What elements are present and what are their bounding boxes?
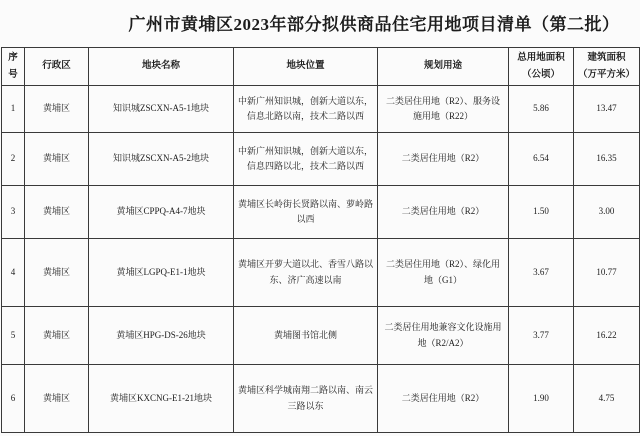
cell-plot-name: 黄埔区CPPQ-A4-7地块 bbox=[89, 186, 234, 239]
cell-seq: 1 bbox=[2, 86, 25, 133]
cell-location: 中新广州知识城，创新大道以东，信息北路以南，技术二路以西 bbox=[234, 86, 378, 133]
cell-land-area: 6.54 bbox=[509, 133, 574, 186]
cell-plot-name: 黄埔区LGPQ-E1-1地块 bbox=[89, 239, 234, 307]
cell-land-area: 5.86 bbox=[509, 86, 574, 133]
cell-seq: 6 bbox=[2, 365, 25, 433]
cell-seq: 4 bbox=[2, 239, 25, 307]
cell-seq: 3 bbox=[2, 186, 25, 239]
page-title: 广州市黄埔区2023年部分拟供商品住宅用地项目清单（第二批） bbox=[0, 0, 640, 46]
col-header-district: 行政区 bbox=[25, 48, 89, 86]
col-header-seq: 序号 bbox=[2, 48, 25, 86]
table-row: 6 黄埔区 黄埔区KXCNG-E1-21地块 黄埔区科学城南翔二路以南、南云三路… bbox=[2, 365, 640, 433]
cell-district: 黄埔区 bbox=[25, 239, 89, 307]
table-row: 1 黄埔区 知识城ZSCXN-A5-1地块 中新广州知识城，创新大道以东，信息北… bbox=[2, 86, 640, 133]
cell-location: 黄埔区开萝大道以北、香雪八路以东、济广高速以南 bbox=[234, 239, 378, 307]
col-header-location: 地块位置 bbox=[234, 48, 378, 86]
cell-land-area: 1.90 bbox=[509, 365, 574, 433]
table-header-row: 序号 行政区 地块名称 地块位置 规划用途 总用地面积 （公顷） 建筑面积 （万… bbox=[2, 48, 640, 86]
cell-planned-use: 二类居住用地（R2）、服务设施用地（R22） bbox=[378, 86, 509, 133]
document-page: 广州市黄埔区2023年部分拟供商品住宅用地项目清单（第二批） 序号 行政区 地块… bbox=[0, 0, 640, 436]
cell-planned-use: 二类居住用地（R2） bbox=[378, 186, 509, 239]
cell-plot-name: 黄埔区KXCNG-E1-21地块 bbox=[89, 365, 234, 433]
cell-land-area: 1.50 bbox=[509, 186, 574, 239]
cell-planned-use: 二类居住用地（R2） bbox=[378, 365, 509, 433]
cell-seq: 2 bbox=[2, 133, 25, 186]
cell-land-area: 3.67 bbox=[509, 239, 574, 307]
cell-building-area: 3.00 bbox=[574, 186, 640, 239]
cell-district: 黄埔区 bbox=[25, 133, 89, 186]
table-row: 5 黄埔区 黄埔区HPG-DS-26地块 黄埔图书馆北侧 二类居住用地兼容文化设… bbox=[2, 307, 640, 365]
cell-plot-name: 知识城ZSCXN-A5-2地块 bbox=[89, 133, 234, 186]
col-header-land-area: 总用地面积 （公顷） bbox=[509, 48, 574, 86]
cell-seq: 5 bbox=[2, 307, 25, 365]
cell-district: 黄埔区 bbox=[25, 365, 89, 433]
cell-district: 黄埔区 bbox=[25, 307, 89, 365]
cell-location: 黄埔区长岭街长贤路以南、萝岭路以西 bbox=[234, 186, 378, 239]
table-row: 3 黄埔区 黄埔区CPPQ-A4-7地块 黄埔区长岭街长贤路以南、萝岭路以西 二… bbox=[2, 186, 640, 239]
cell-location: 黄埔区科学城南翔二路以南、南云三路以东 bbox=[234, 365, 378, 433]
table-row: 4 黄埔区 黄埔区LGPQ-E1-1地块 黄埔区开萝大道以北、香雪八路以东、济广… bbox=[2, 239, 640, 307]
cell-district: 黄埔区 bbox=[25, 186, 89, 239]
cell-location: 中新广州知识城，创新大道以东，信息四路以北，技术二路以西 bbox=[234, 133, 378, 186]
table-row: 2 黄埔区 知识城ZSCXN-A5-2地块 中新广州知识城，创新大道以东，信息四… bbox=[2, 133, 640, 186]
cell-planned-use: 二类居住用地（R2） bbox=[378, 133, 509, 186]
cell-building-area: 10.77 bbox=[574, 239, 640, 307]
cell-district: 黄埔区 bbox=[25, 86, 89, 133]
cell-planned-use: 二类居住用地兼容文化设施用地（R2/A2） bbox=[378, 307, 509, 365]
col-header-plot-name: 地块名称 bbox=[89, 48, 234, 86]
land-projects-table: 序号 行政区 地块名称 地块位置 规划用途 总用地面积 （公顷） 建筑面积 （万… bbox=[1, 47, 640, 433]
cell-planned-use: 二类居住用地（R2）、绿化用地（G1） bbox=[378, 239, 509, 307]
cell-building-area: 4.75 bbox=[574, 365, 640, 433]
cell-plot-name: 知识城ZSCXN-A5-1地块 bbox=[89, 86, 234, 133]
cell-location: 黄埔图书馆北侧 bbox=[234, 307, 378, 365]
cell-building-area: 13.47 bbox=[574, 86, 640, 133]
col-header-building-area: 建筑面积 （万平方米） bbox=[574, 48, 640, 86]
cell-plot-name: 黄埔区HPG-DS-26地块 bbox=[89, 307, 234, 365]
cell-building-area: 16.35 bbox=[574, 133, 640, 186]
col-header-planned-use: 规划用途 bbox=[378, 48, 509, 86]
cell-land-area: 3.77 bbox=[509, 307, 574, 365]
cell-building-area: 16.22 bbox=[574, 307, 640, 365]
